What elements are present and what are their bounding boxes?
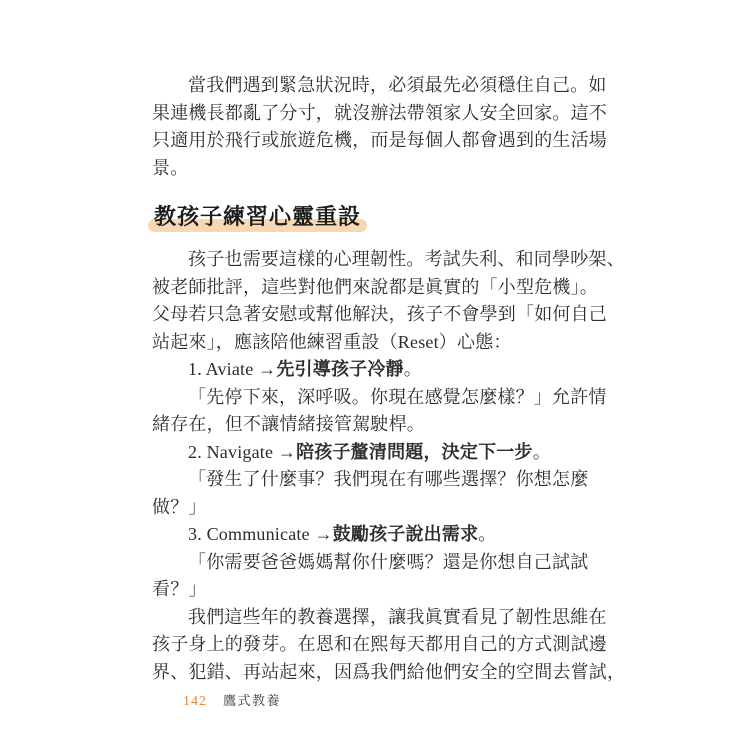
text-line: 「你需要爸爸媽媽幫你什麼嗎？還是你想自己試試	[152, 549, 622, 577]
paragraph-3: 我們這些年的教養選擇，讓我眞實看見了韌性思維在 孩子身上的發芽。在恩和在熙每天都…	[152, 604, 622, 687]
quote-1: 「先停下來，深呼吸。你現在感覺怎麼樣？」允許情 緒存在，但不讓情緒接管駕駛桿。	[152, 384, 622, 439]
section-heading-row: 教孩子練習心靈重設	[152, 200, 622, 230]
page-footer: 142 鷹式教養	[183, 690, 281, 710]
text-line: 「發生了什麼事？我們現在有哪些選擇？你想怎麼	[152, 466, 622, 494]
text-line: 被老師批評，這些對他們來說都是眞實的「小型危機」。	[152, 274, 622, 302]
text-column: 當我們遇到緊急狀況時，必須最先必須穩住自己。如 果連機長都亂了分寸，就沒辦法帶領…	[152, 72, 622, 686]
step-1-label: 1. Aviate →	[188, 359, 276, 379]
quote-3: 「你需要爸爸媽媽幫你什麼嗎？還是你想自己試試 看？」	[152, 549, 622, 604]
step-3-period: 。	[478, 524, 496, 544]
text-line: 緒存在，但不讓情緒接管駕駛桿。	[152, 411, 622, 439]
book-page: 當我們遇到緊急狀況時，必須最先必須穩住自己。如 果連機長都亂了分寸，就沒辦法帶領…	[0, 0, 750, 750]
section-heading: 教孩子練習心靈重設	[152, 200, 363, 231]
text-line: 看？」	[152, 576, 622, 604]
step-3-label: 3. Communicate →	[188, 524, 333, 544]
text-line: 做？」	[152, 494, 622, 522]
paragraph-2: 孩子也需要這樣的心理韌性。考試失利、和同學吵架、 被老師批評，這些對他們來說都是…	[152, 246, 622, 356]
text-line: 孩子也需要這樣的心理韌性。考試失利、和同學吵架、	[152, 246, 622, 274]
text-line: 「先停下來，深呼吸。你現在感覺怎麼樣？」允許情	[152, 384, 622, 412]
text-line: 父母若只急著安慰或幫他解決，孩子不會學到「如何自己	[152, 301, 622, 329]
step-1-period: 。	[404, 359, 422, 379]
quote-2: 「發生了什麼事？我們現在有哪些選擇？你想怎麼 做？」	[152, 466, 622, 521]
text-line: 當我們遇到緊急狀況時，必須最先必須穩住自己。如	[152, 72, 622, 100]
text-line: 我們這些年的教養選擇，讓我眞實看見了韌性思維在	[152, 604, 622, 632]
step-2-period: 。	[533, 442, 551, 462]
step-2-bold: 陪孩子釐清問題，決定下一步	[296, 442, 533, 462]
step-2: 2. Navigate →陪孩子釐清問題，決定下一步。	[152, 439, 622, 467]
text-line: 孩子身上的發芽。在恩和在熙每天都用自己的方式測試邊	[152, 631, 622, 659]
page-number: 142	[183, 694, 207, 710]
text-line: 景。	[152, 155, 622, 183]
step-1-bold: 先引導孩子冷靜	[276, 359, 403, 379]
text-line: 站起來」，應該陪他練習重設（Reset）心態：	[152, 329, 622, 357]
step-3: 3. Communicate →鼓勵孩子說出需求。	[152, 521, 622, 549]
text-line: 界、犯錯、再站起來，因爲我們給他們安全的空間去嘗試，	[152, 659, 622, 687]
running-book-title: 鷹式教養	[223, 690, 281, 709]
step-2-label: 2. Navigate →	[188, 442, 296, 462]
text-line: 只適用於飛行或旅遊危機，而是每個人都會遇到的生活場	[152, 127, 622, 155]
paragraph-1: 當我們遇到緊急狀況時，必須最先必須穩住自己。如 果連機長都亂了分寸，就沒辦法帶領…	[152, 72, 622, 182]
step-3-bold: 鼓勵孩子說出需求	[333, 524, 479, 544]
step-1: 1. Aviate →先引導孩子冷靜。	[152, 356, 622, 384]
text-line: 果連機長都亂了分寸，就沒辦法帶領家人安全回家。這不	[152, 100, 622, 128]
